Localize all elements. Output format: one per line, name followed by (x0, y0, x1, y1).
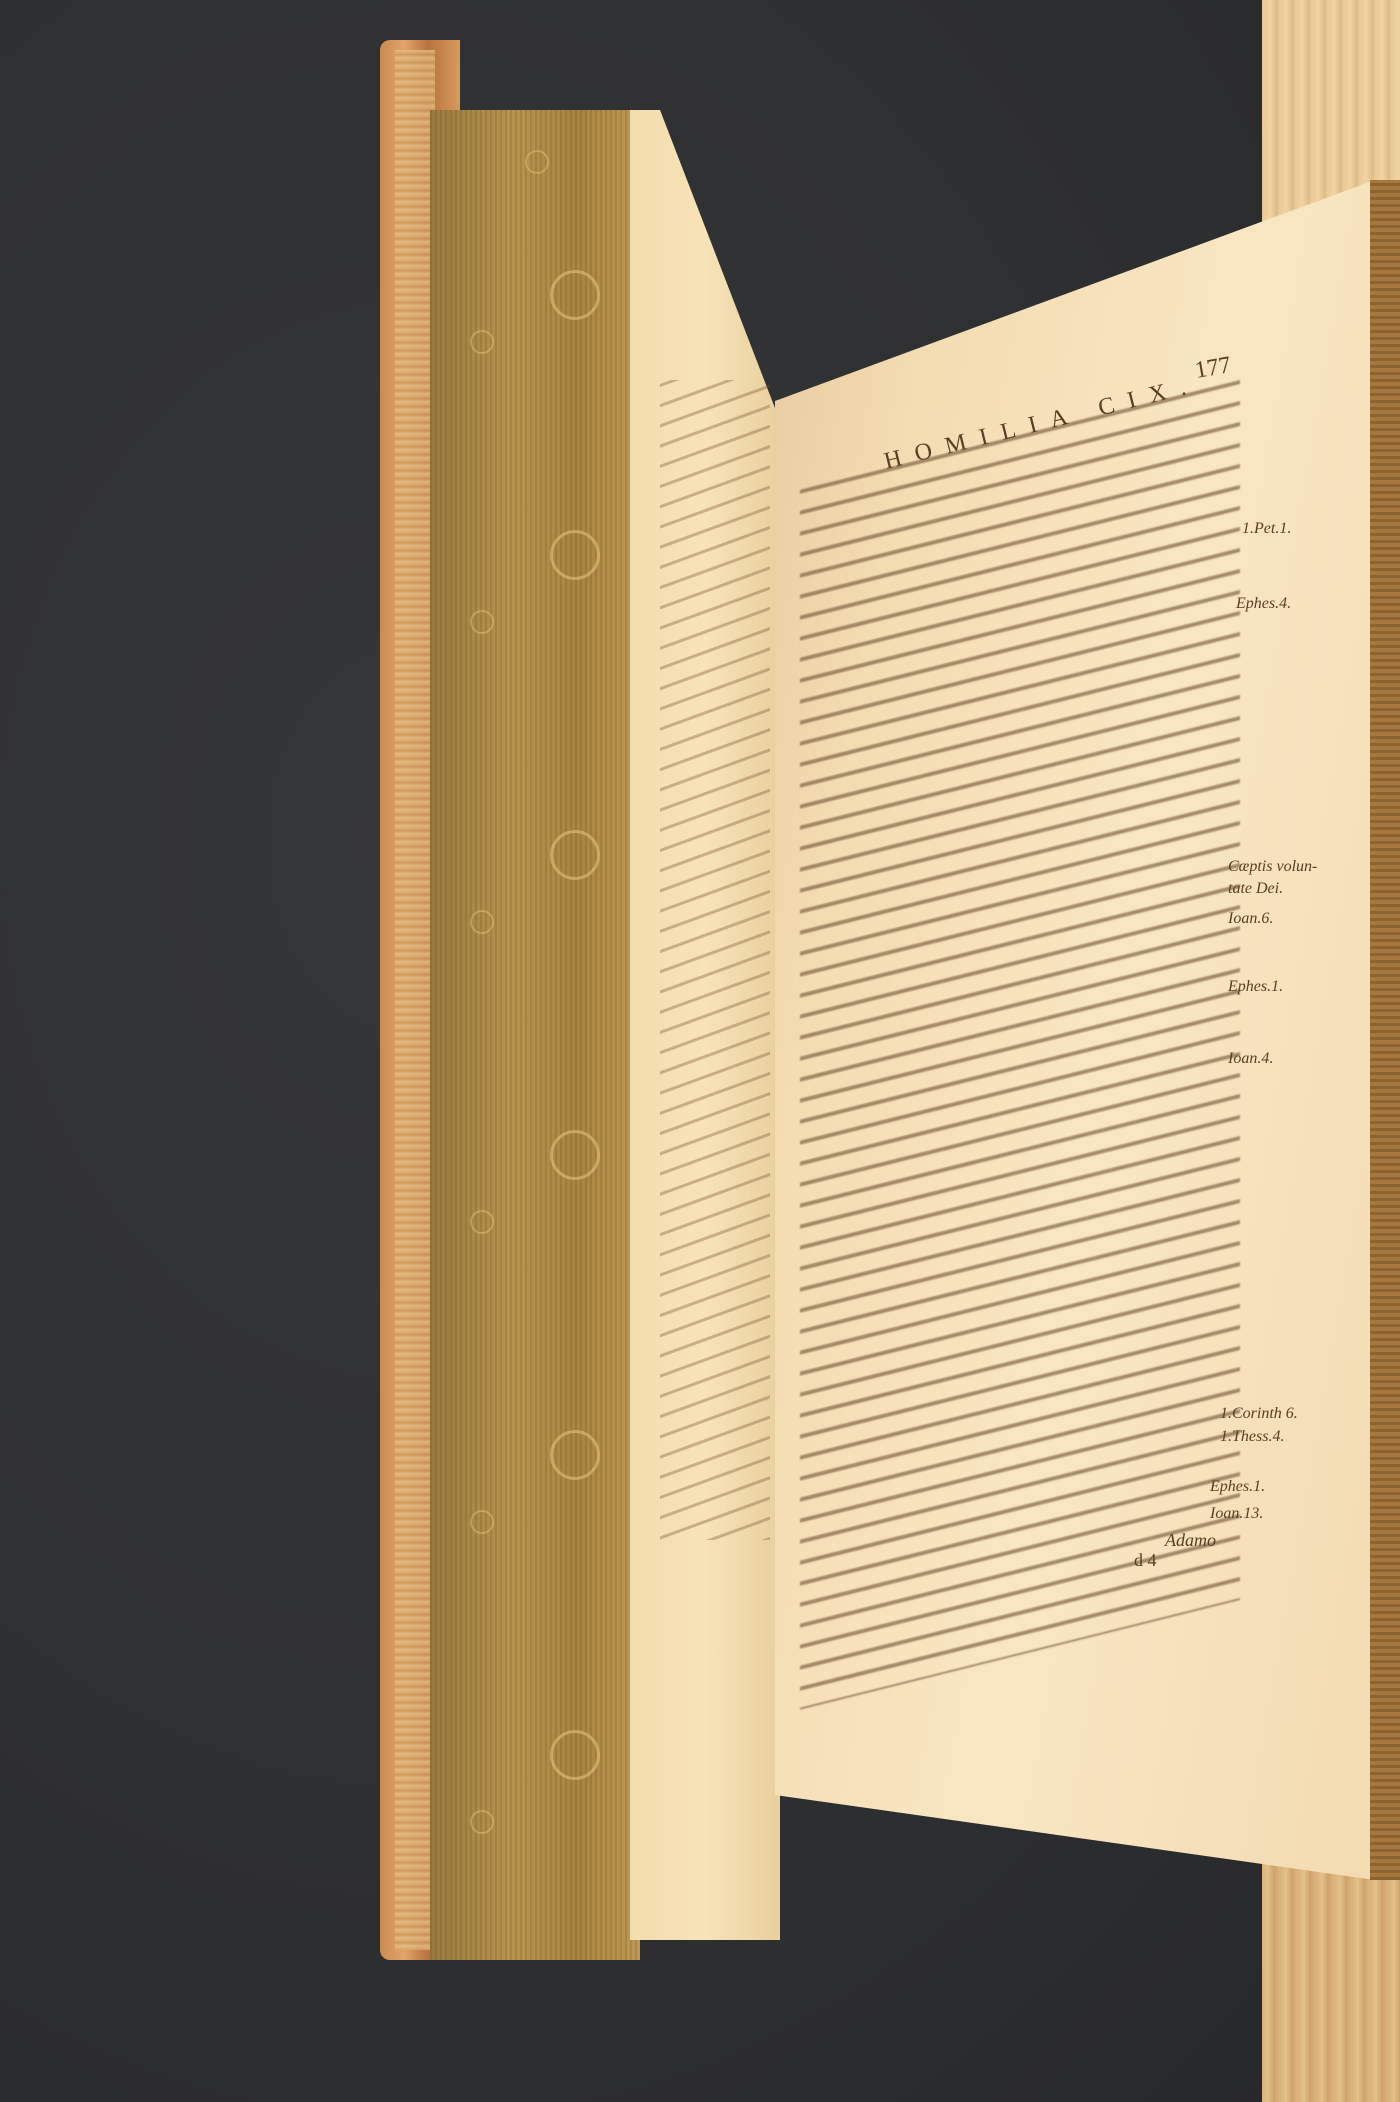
spine-headband (395, 50, 435, 1950)
ornament-dot-icon (470, 610, 494, 634)
catchword: Adamo (1165, 1530, 1216, 1551)
ornament-dot-icon (470, 910, 494, 934)
margin-note: Ephes.1. (1228, 978, 1283, 996)
ornament-dot-icon (470, 1210, 494, 1234)
ornament-knot-icon (550, 270, 600, 320)
ornament-knot-icon (550, 530, 600, 580)
margin-note: Ioan.6. (1228, 910, 1273, 928)
margin-note: 1.Corinth 6. (1220, 1405, 1298, 1423)
margin-note: Ioan.13. (1210, 1505, 1263, 1523)
ornament-dot-icon (470, 1810, 494, 1834)
margin-note: tate Dei. (1228, 880, 1283, 898)
signature-mark: d 4 (1134, 1550, 1157, 1571)
margin-note: Ioan.4. (1228, 1050, 1273, 1068)
ornament-knot-icon (550, 1430, 600, 1480)
margin-note: Cæptis volun- (1228, 858, 1317, 876)
margin-note: Ephes.4. (1236, 595, 1291, 613)
ornament-knot-icon (550, 1130, 600, 1180)
margin-note: 1.Pet.1. (1242, 520, 1291, 538)
right-fore-edge (1370, 180, 1400, 1880)
ornament-knot-icon (550, 830, 600, 880)
margin-note: 1.Thess.4. (1220, 1428, 1284, 1446)
margin-note: Ephes.1. (1210, 1478, 1265, 1496)
right-page-text-block (800, 380, 1240, 1710)
ornament-knot-icon (550, 1730, 600, 1780)
gauffered-fore-edge (430, 110, 640, 1960)
left-page-text (660, 380, 770, 1540)
ornament-dot-icon (470, 1510, 494, 1534)
ornament-dot-icon (525, 150, 549, 174)
ornament-dot-icon (470, 330, 494, 354)
